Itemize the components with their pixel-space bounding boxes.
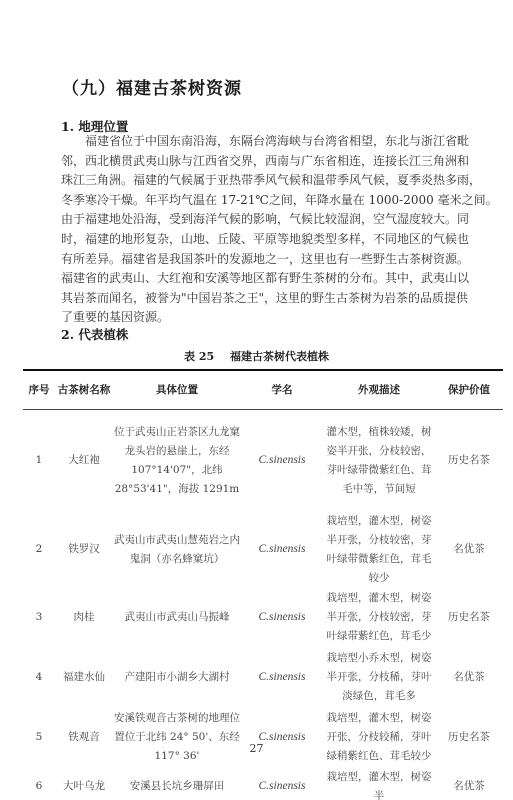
cell-scientific-name: C.sinensis [241, 512, 323, 588]
table-row: 6 大叶乌龙 安溪县长坑乡珊屏田 C.sinensis 栽培型，灌木型，树姿半 … [23, 768, 503, 800]
cell-no: 2 [23, 512, 55, 588]
cell-name: 铁观音 [55, 708, 113, 768]
table-row: 3 肉桂 武夷山市武夷山马振峰 C.sinensis 栽培型，灌木型，树姿半开张… [23, 588, 503, 648]
cell-description: 栽培型，灌木型，树姿半开张，分枝较密，芽叶绿带微紫红色，茸毛较少 [323, 512, 435, 588]
cell-no: 4 [23, 648, 55, 708]
cell-no: 5 [23, 708, 55, 768]
table-header-row: 序号 古茶树名称 具体位置 学名 外观描述 保护价值 [23, 370, 503, 410]
cell-name: 大红袍 [55, 410, 113, 512]
cell-no: 1 [23, 410, 55, 512]
table-row: 5 铁观音 安溪铁观音古茶树的地理位置位于北纬 24° 50'、东经117° 3… [23, 708, 503, 768]
paragraph-line: 时，福建的地形复杂，山地、丘陵、平原等地貌类型多样，不同地区的气候也 [61, 230, 457, 250]
cell-location: 武夷山市武夷山马振峰 [113, 588, 241, 648]
table-caption: 表 25 福建古茶树代表植株 [0, 348, 513, 364]
subsection-heading-representative-plants: 2. 代表植株 [61, 325, 128, 343]
paragraph-line: 珠江三角洲。福建的气候属于亚热带季风气候和温带季风气候，夏季炎热多雨， [61, 171, 457, 191]
cell-description: 栽培型，灌木型，树姿半 [323, 768, 435, 800]
paragraph-line: 有所差异。福建省是我国茶叶的发源地之一，这里也有一些野生古茶树资源。 [61, 250, 457, 270]
cell-location: 武夷山市武夷山慧苑岩之内鬼洞（亦名蜂窠坑） [113, 512, 241, 588]
table-caption-number: 表 25 [184, 350, 214, 363]
cell-protection-value: 名优茶 [435, 648, 503, 708]
cell-protection-value: 历史名茶 [435, 410, 503, 512]
geography-paragraph: 福建省位于中国东南沿海，东隔台湾海峡与台湾省相望，东北与浙江省毗 邻，西北横贯武… [61, 132, 457, 328]
cell-scientific-name: C.sinensis [241, 410, 323, 512]
page-number: 27 [0, 742, 513, 755]
cell-description: 灌木型，植株较矮，树姿半开张，分枝较密，芽叶绿带微紫红色、茸毛中等，节间短 [323, 410, 435, 512]
cell-location: 位于武夷山正岩茶区九龙窠龙头岩的悬崖上，东经107°14'07"，北纬 28°5… [113, 410, 241, 512]
header-scientific-name: 学名 [241, 370, 323, 410]
paragraph-line: 邻，西北横贯武夷山脉与江西省交界，西南与广东省相连，连接长江三角洲和 [61, 152, 457, 172]
paragraph-line: 福建省的武夷山、大红袍和安溪等地区都有野生茶树的分布。其中，武夷山以 [61, 269, 457, 289]
cell-name: 肉桂 [55, 588, 113, 648]
header-description: 外观描述 [323, 370, 435, 410]
paragraph-line: 福建省位于中国东南沿海，东隔台湾海峡与台湾省相望，东北与浙江省毗 [61, 132, 457, 152]
paragraph-line: 其岩茶而闻名，被誉为"中国岩茶之王"，这里的野生古茶树为岩茶的品质提供 [61, 289, 457, 309]
table-row: 1 大红袍 位于武夷山正岩茶区九龙窠龙头岩的悬崖上，东经107°14'07"，北… [23, 410, 503, 512]
cell-scientific-name: C.sinensis [241, 588, 323, 648]
document-page: （九）福建古茶树资源 1. 地理位置 福建省位于中国东南沿海，东隔台湾海峡与台湾… [0, 0, 513, 800]
cell-description: 栽培型，灌木型，树姿半开张，分枝较密，芽叶绿带紫红色，茸毛少 [323, 588, 435, 648]
header-name: 古茶树名称 [55, 370, 113, 410]
cell-location: 安溪铁观音古茶树的地理位置位于北纬 24° 50'、东经117° 36' [113, 708, 241, 768]
cell-description: 栽培型小乔木型，树姿半开张，分枝稀，芽叶淡绿色，茸毛多 [323, 648, 435, 708]
table-caption-title: 福建古茶树代表植株 [230, 350, 329, 363]
cell-protection-value: 历史名茶 [435, 708, 503, 768]
cell-no: 6 [23, 768, 55, 800]
cell-name: 大叶乌龙 [55, 768, 113, 800]
cell-protection-value: 名优茶 [435, 512, 503, 588]
header-no: 序号 [23, 370, 55, 410]
cell-location: 产建阳市小湖乡大湖村 [113, 648, 241, 708]
paragraph-line: 冬季寒冷干燥。年平均气温在 17-21℃之间，年降水量在 1000-2000 毫… [61, 191, 457, 211]
cell-protection-value: 历史名茶 [435, 588, 503, 648]
tea-tree-table: 序号 古茶树名称 具体位置 学名 外观描述 保护价值 1 大红袍 位于武夷山正岩… [23, 369, 503, 800]
cell-no: 3 [23, 588, 55, 648]
paragraph-line: 由于福建地处沿海，受到海洋气候的影响，气候比较湿润，空气湿度较大。同 [61, 210, 457, 230]
cell-protection-value: 名优茶 [435, 768, 503, 800]
cell-location: 安溪县长坑乡珊屏田 [113, 768, 241, 800]
cell-scientific-name: C.sinensis [241, 768, 323, 800]
header-location: 具体位置 [113, 370, 241, 410]
header-protection-value: 保护价值 [435, 370, 503, 410]
table-row: 4 福建水仙 产建阳市小湖乡大湖村 C.sinensis 栽培型小乔木型，树姿半… [23, 648, 503, 708]
section-title: （九）福建古茶树资源 [62, 74, 242, 99]
cell-name: 福建水仙 [55, 648, 113, 708]
table-row: 2 铁罗汉 武夷山市武夷山慧苑岩之内鬼洞（亦名蜂窠坑） C.sinensis 栽… [23, 512, 503, 588]
cell-description: 栽培型，灌木型，树姿开张，分枝较稀，芽叶绿稍紫红色、茸毛较少 [323, 708, 435, 768]
cell-scientific-name: C.sinensis [241, 708, 323, 768]
cell-name: 铁罗汉 [55, 512, 113, 588]
cell-scientific-name: C.sinensis [241, 648, 323, 708]
